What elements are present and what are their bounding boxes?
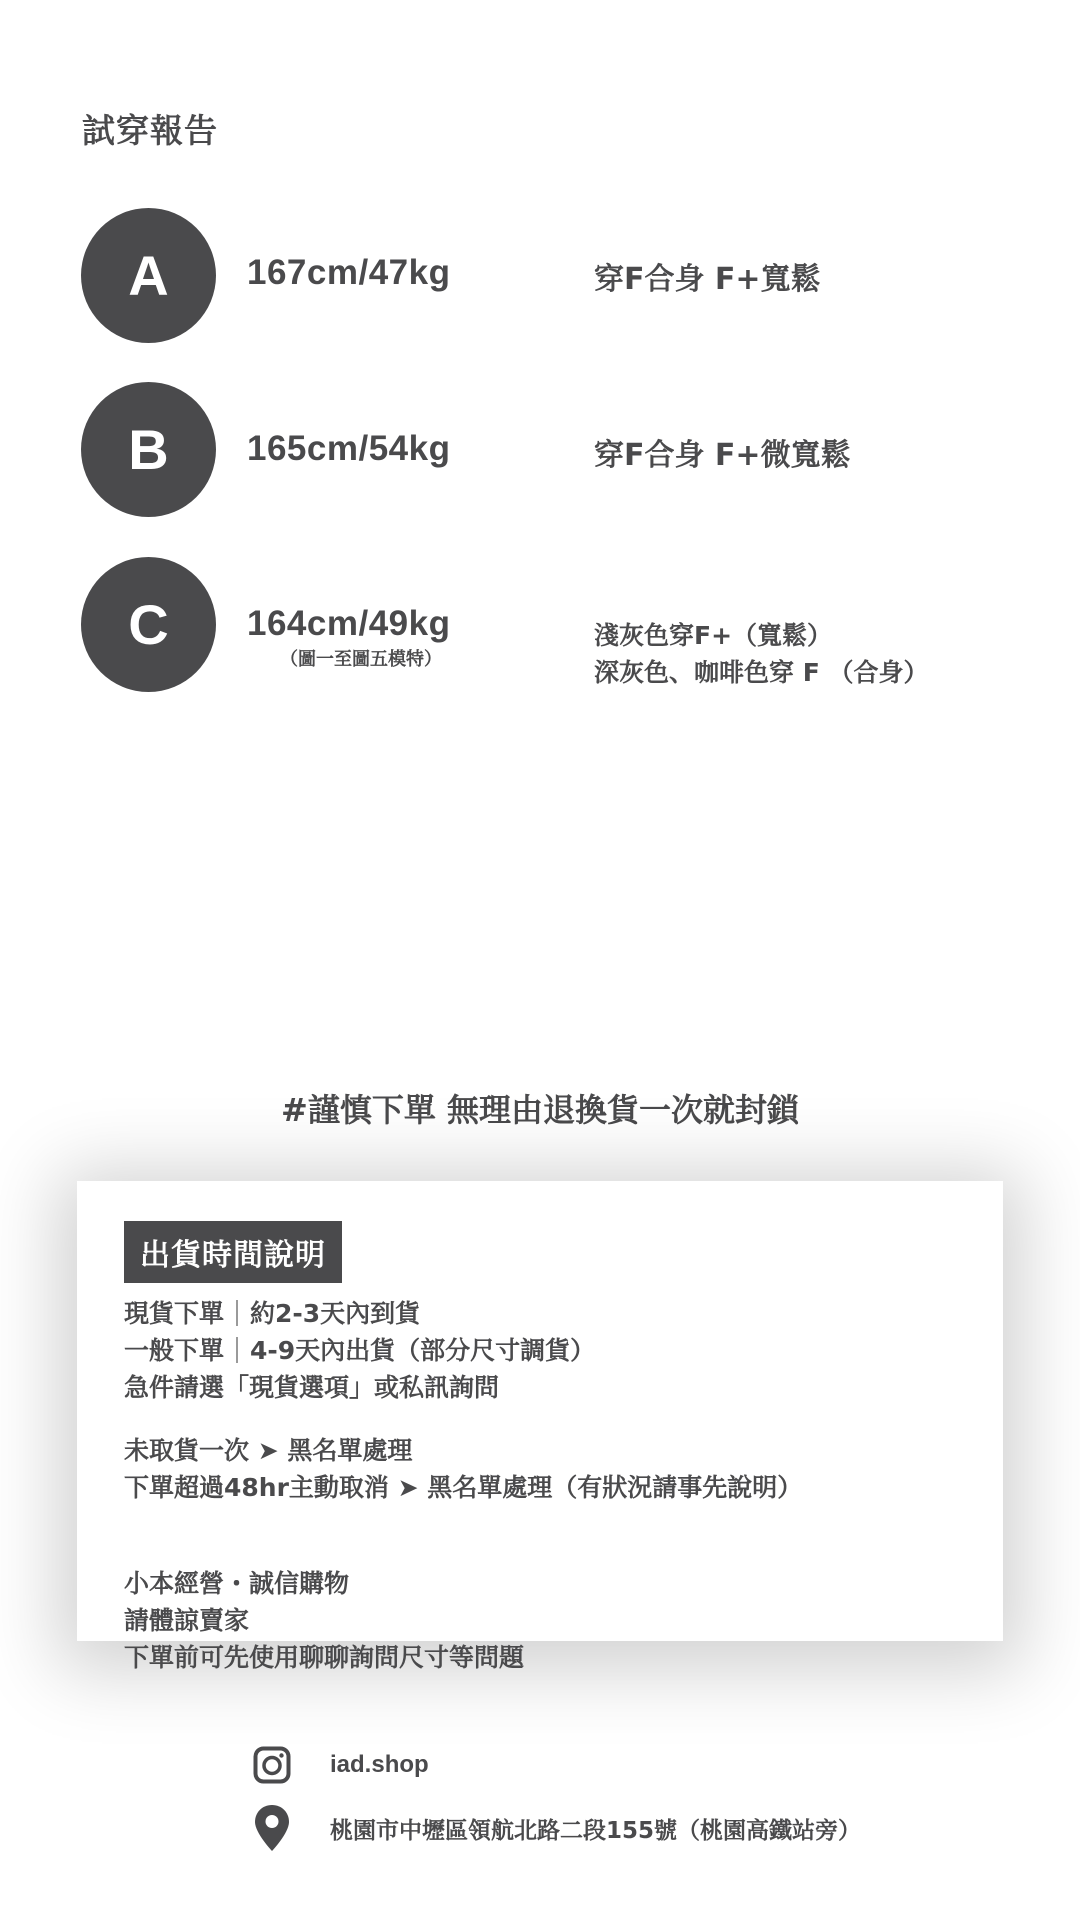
model-row-a: A 167cm/47kg 穿F合身 F+寬鬆 <box>0 208 1080 344</box>
store-address: 桃園市中壢區領航北路二段155號（桃園高鐵站旁） <box>330 1812 861 1845</box>
model-fit-a: 穿F合身 F+寬鬆 <box>594 254 821 298</box>
shipping-row-left: 一般下單 <box>124 1336 224 1365</box>
urgent-note: 急件請選「現貨選項」或私訊詢問 <box>124 1368 499 1404</box>
model-measurement-b: 165cm/54kg <box>247 429 450 469</box>
closing-line-2: 請體諒賣家 <box>124 1601 249 1637</box>
closing-line-3: 下單前可先使用聊聊詢問尺寸等問題 <box>124 1638 524 1674</box>
shipping-row-right: 4-9天內出貨（部分尺寸調貨） <box>250 1336 595 1365</box>
location-row: 桃園市中壢區領航北路二段155號（桃園高鐵站旁） <box>252 1803 861 1853</box>
shipping-info-card: 出貨時間說明 現貨下單約2-3天內到貨 一般下單4-9天內出貨（部分尺寸調貨） … <box>77 1181 1003 1641</box>
divider <box>236 1337 238 1363</box>
rule-cancel: 下單超過48hr主動取消 ➤ 黑名單處理（有狀況請事先說明） <box>124 1468 802 1504</box>
model-avatar-b: B <box>81 382 216 517</box>
instagram-icon <box>252 1742 292 1788</box>
divider <box>236 1300 238 1326</box>
shipping-row-left: 現貨下單 <box>124 1299 224 1328</box>
model-fit-c-line2: 深灰色、咖啡色穿 F （合身） <box>594 654 929 692</box>
model-fit-b: 穿F合身 F+微寬鬆 <box>594 430 851 474</box>
closing-line-1: 小本經營・誠信購物 <box>124 1564 349 1600</box>
instagram-handle[interactable]: iad.shop <box>330 1751 429 1779</box>
model-avatar-a: A <box>81 208 216 343</box>
model-row-b: B 165cm/54kg 穿F合身 F+微寬鬆 <box>0 382 1080 518</box>
map-pin-icon <box>252 1805 292 1851</box>
warning-hashtag: #謹慎下單 無理由退換貨一次就封鎖 <box>0 1085 1080 1131</box>
model-measurement-a: 167cm/47kg <box>247 253 450 293</box>
instagram-row[interactable]: iad.shop <box>252 1740 429 1790</box>
shipping-row-right: 約2-3天內到貨 <box>250 1299 420 1328</box>
shipping-card-label: 出貨時間說明 <box>124 1221 342 1283</box>
model-measurement-c: 164cm/49kg <box>247 604 450 644</box>
model-avatar-c: C <box>81 557 216 692</box>
model-row-c: C 164cm/49kg （圖一至圖五模特） 淺灰色穿F+（寬鬆） 深灰色、咖啡… <box>0 557 1080 693</box>
model-fit-c-line1: 淺灰色穿F+（寬鬆） <box>594 617 832 655</box>
shipping-row-general: 一般下單4-9天內出貨（部分尺寸調貨） <box>124 1331 595 1367</box>
model-note-c: （圖一至圖五模特） <box>280 645 442 671</box>
rule-no-pickup: 未取貨一次 ➤ 黑名單處理 <box>124 1431 412 1467</box>
page-title: 試穿報告 <box>82 105 218 152</box>
shipping-row-instock: 現貨下單約2-3天內到貨 <box>124 1294 420 1330</box>
